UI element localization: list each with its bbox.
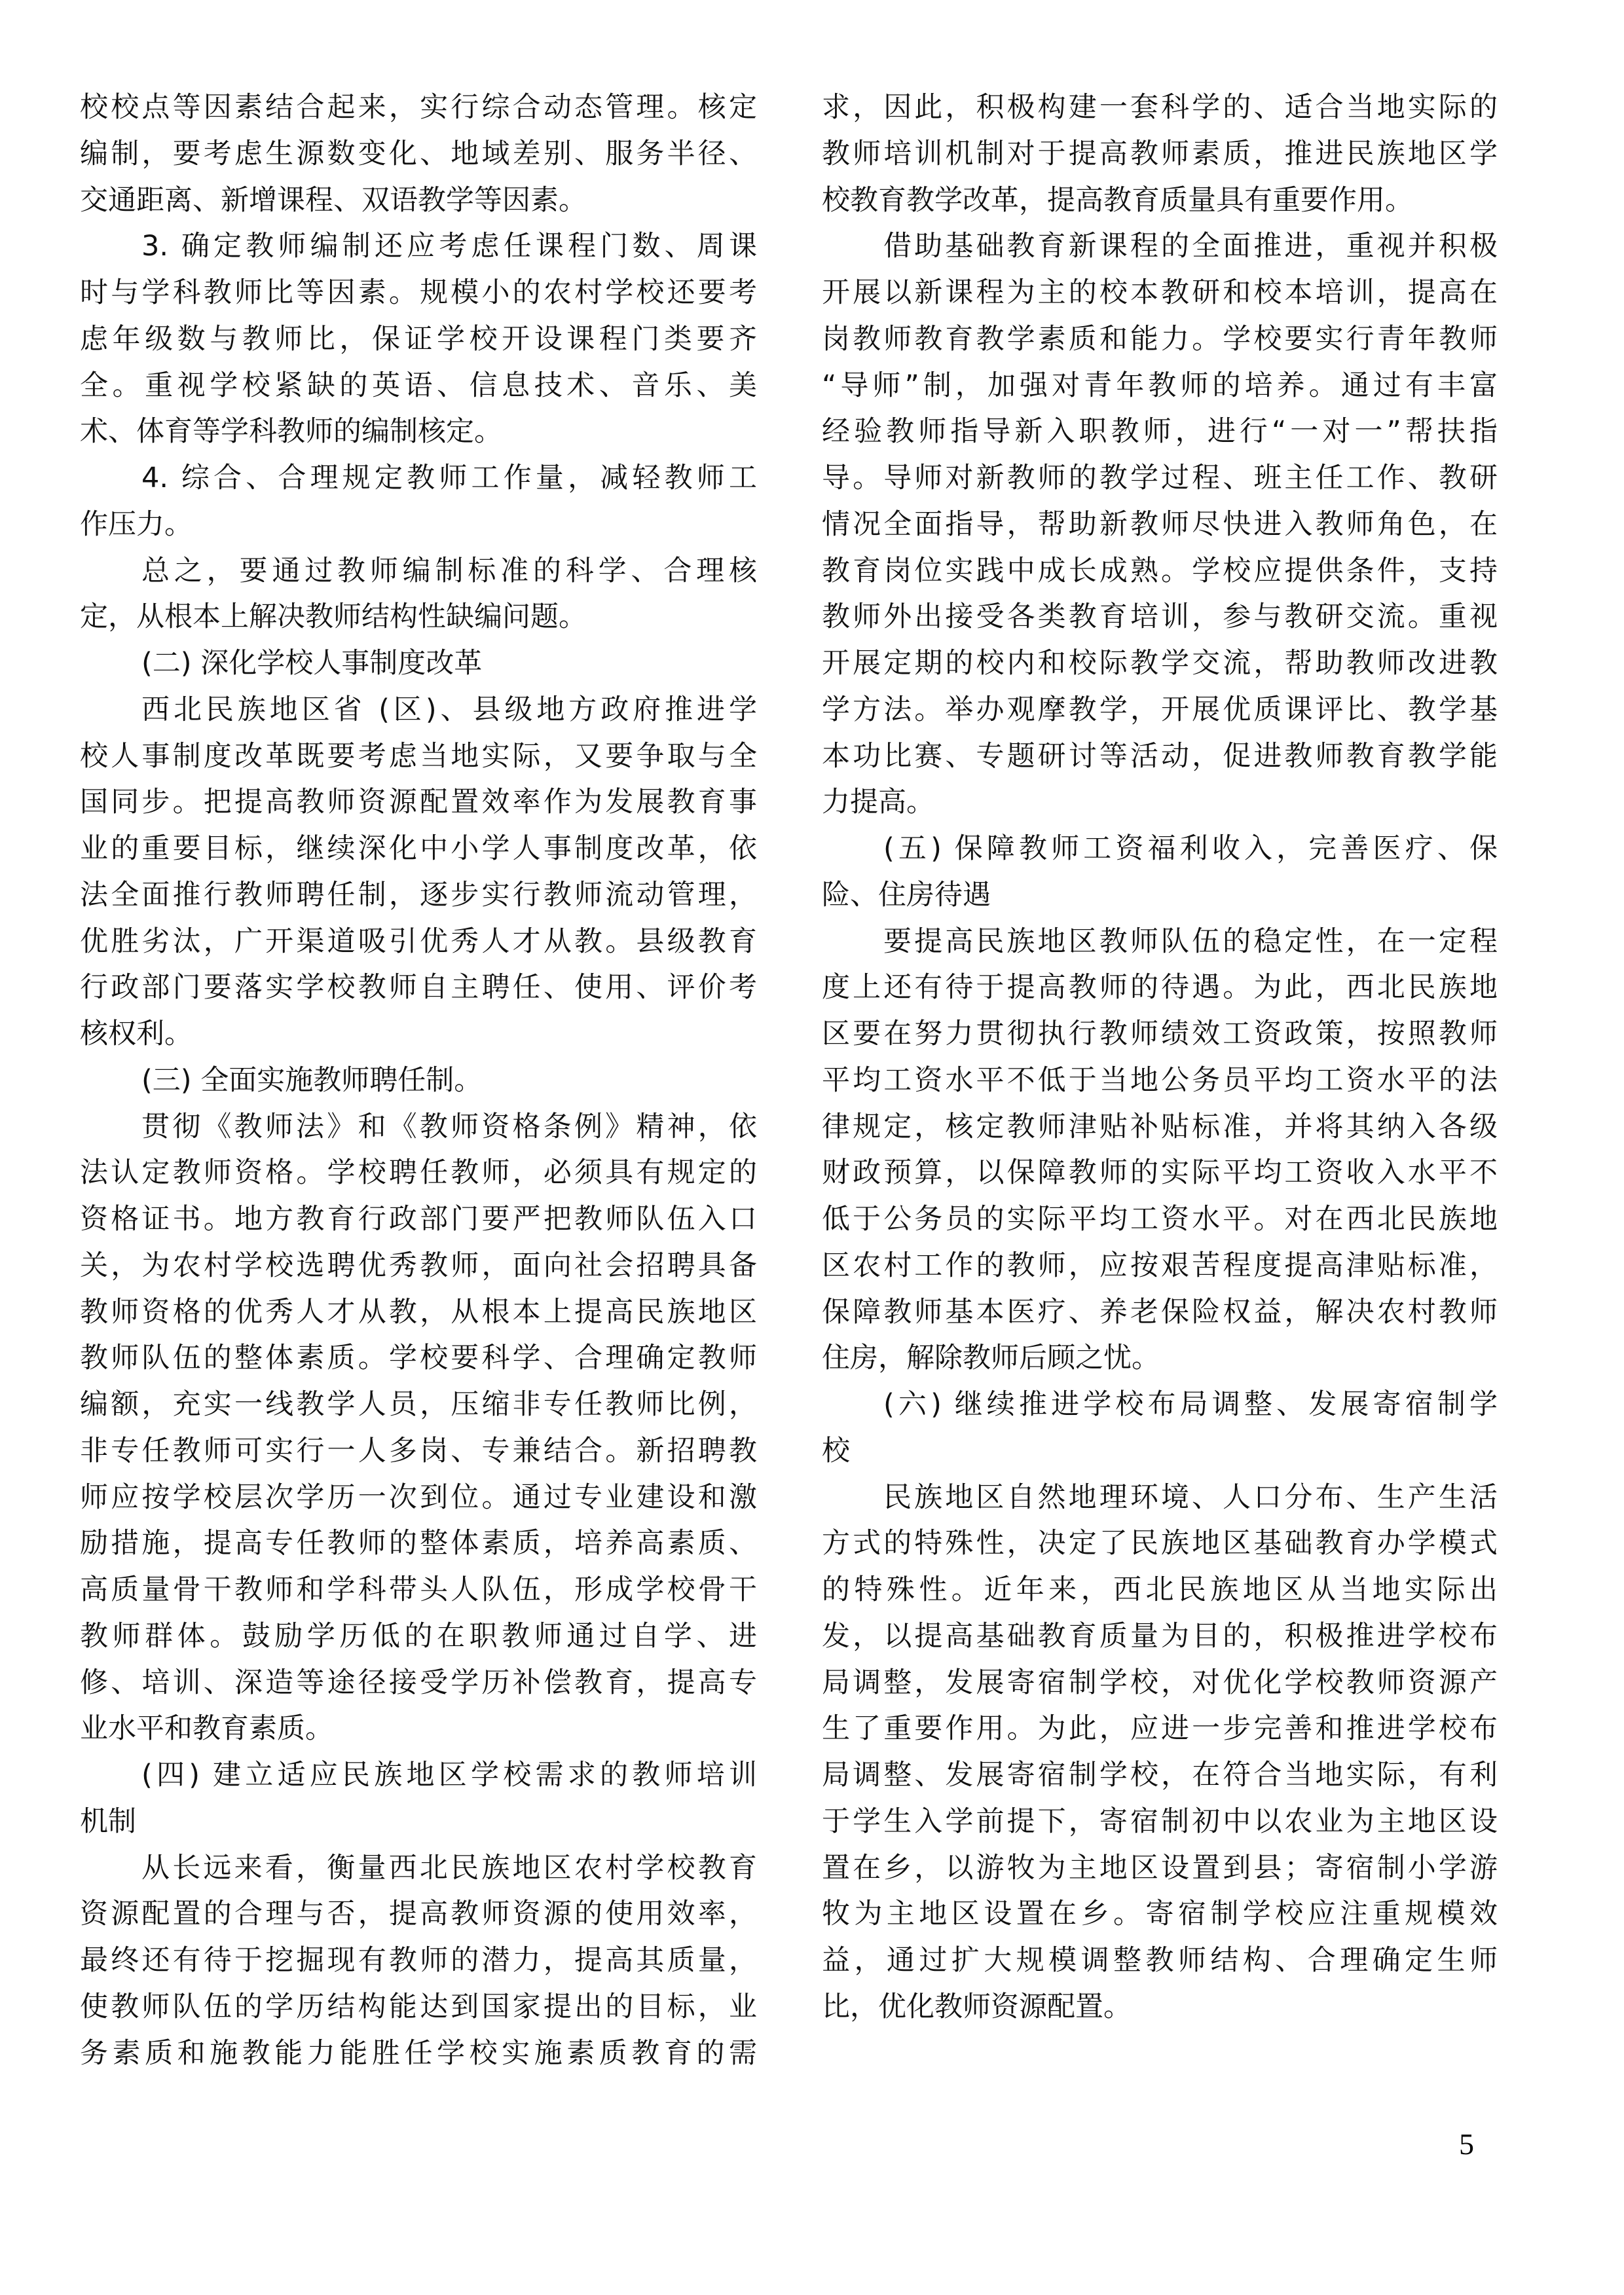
text-line: 益，通过扩大规模调整教师结构、合理确定生师 <box>822 1941 1498 1987</box>
text-line: 借助基础教育新课程的全面推进，重视并积极 <box>822 227 1498 273</box>
text-line: 使教师队伍的学历结构能达到国家提出的目标，业 <box>80 1987 757 2034</box>
text-line: 本功比赛、专题研讨等活动，促进教师教育教学能 <box>822 737 1498 783</box>
text-line-content: 财政预算，以保障教师的实际平均工资收入水平不 <box>822 1153 1498 1192</box>
text-line-content: 使教师队伍的学历结构能达到国家提出的目标，业 <box>80 1987 757 2027</box>
text-line-content: 定，从根本上解决教师结构性缺编问题。 <box>80 597 757 636</box>
text-line: 教师外出接受各类教育培训，参与教研交流。重视 <box>822 597 1498 644</box>
text-line-content: 教师群体。鼓励学历低的在职教师通过自学、进 <box>80 1617 757 1656</box>
text-line-content: 法全面推行教师聘任制，逐步实行教师流动管理， <box>80 875 757 915</box>
text-line-content: (四) 建立适应民族地区学校需求的教师培训 <box>141 1755 757 1795</box>
text-line-content: 律规定，核定教师津贴补贴标准，并将其纳入各级 <box>822 1107 1498 1147</box>
document-page: 校校点等因素结合起来，实行综合动态管理。核定编制，要考虑生源数变化、地域差别、服… <box>0 0 1624 2295</box>
text-line: 时与学科教师比等因素。规模小的农村学校还要考 <box>80 273 757 320</box>
text-line: 定，从根本上解决教师结构性缺编问题。 <box>80 597 757 644</box>
text-line-content: 最终还有待于挖掘现有教师的潜力，提高其质量， <box>80 1941 757 1980</box>
text-line-content: 力提高。 <box>822 782 1498 822</box>
text-line: 交通距离、新增课程、双语教学等因素。 <box>80 181 757 227</box>
text-line-content: 的特殊性。近年来，西北民族地区从当地实际出 <box>822 1570 1498 1609</box>
text-line-content: 求，因此，积极构建一套科学的、适合当地实际的 <box>822 88 1498 127</box>
text-line: 师应按学校层次学历一次到位。通过专业建设和激 <box>80 1478 757 1524</box>
text-line: 局调整、发展寄宿制学校，在符合当地实际，有利 <box>822 1755 1498 1802</box>
text-line-content: 励措施，提高专任教师的整体素质，培养高素质、 <box>80 1524 757 1563</box>
text-line-content: 度上还有待于提高教师的待遇。为此，西北民族地 <box>822 968 1498 1007</box>
text-line: 律规定，核定教师津贴补贴标准，并将其纳入各级 <box>822 1107 1498 1154</box>
text-line: 最终还有待于挖掘现有教师的潜力，提高其质量， <box>80 1941 757 1987</box>
text-line: 经验教师指导新入职教师，进行“一对一”帮扶指 <box>822 412 1498 458</box>
text-line-content: 险、住房待遇 <box>822 875 1498 915</box>
text-line: 民族地区自然地理环境、人口分布、生产生活 <box>822 1478 1498 1524</box>
text-line: 教师队伍的整体素质。学校要科学、合理确定教师 <box>80 1338 757 1385</box>
text-line: 虑年级数与教师比，保证学校开设课程门类要齐 <box>80 320 757 366</box>
text-line: 学方法。举办观摩教学，开展优质课评比、教学基 <box>822 690 1498 737</box>
text-line: 校 <box>822 1431 1498 1478</box>
text-line-content: 优胜劣汰，广开渠道吸引优秀人才从教。县级教育 <box>80 922 757 961</box>
text-line: 教师培训机制对于提高教师素质，推进民族地区学 <box>822 134 1498 181</box>
page-number: 5 <box>1459 2128 1474 2161</box>
text-line-content: 从长远来看，衡量西北民族地区农村学校教育 <box>141 1848 757 1888</box>
text-line: 资格证书。地方教育行政部门要严把教师队伍入口 <box>80 1200 757 1246</box>
text-line: 住房，解除教师后顾之忧。 <box>822 1338 1498 1385</box>
text-line: 总之，要通过教师编制标准的科学、合理核 <box>80 551 757 598</box>
text-line-content: 虑年级数与教师比，保证学校开设课程门类要齐 <box>80 320 757 359</box>
text-line-content: 经验教师指导新入职教师，进行“一对一”帮扶指 <box>822 412 1498 451</box>
text-line-content: 学方法。举办观摩教学，开展优质课评比、教学基 <box>822 690 1498 729</box>
text-line-content: (三) 全面实施教师聘任制。 <box>141 1061 757 1100</box>
text-line-content: 情况全面指导，帮助新教师尽快进入教师角色，在 <box>822 505 1498 544</box>
text-line-content: 校教育教学改革，提高教育质量具有重要作用。 <box>822 181 1498 220</box>
text-line-content: 置在乡，以游牧为主地区设置到县；寄宿制小学游 <box>822 1848 1498 1888</box>
text-line: 开展以新课程为主的校本教研和校本培训，提高在 <box>822 273 1498 320</box>
text-line-content: 编制，要考虑生源数变化、地域差别、服务半径、 <box>80 134 757 174</box>
text-line: 贯彻《教师法》和《教师资格条例》精神，依 <box>80 1107 757 1154</box>
text-line: 岗教师教育教学素质和能力。学校要实行青年教师 <box>822 320 1498 366</box>
text-line: 高质量骨干教师和学科带头人队伍，形成学校骨干 <box>80 1570 757 1617</box>
text-line: 4. 综合、合理规定教师工作量，减轻教师工 <box>80 458 757 505</box>
text-line-content: 业水平和教育素质。 <box>80 1709 757 1748</box>
text-line: 教师资格的优秀人才从教，从根本上提高民族地区 <box>80 1293 757 1339</box>
text-line: (五) 保障教师工资福利收入，完善医疗、保 <box>822 829 1498 875</box>
text-line: 局调整，发展寄宿制学校，对优化学校教师资源产 <box>822 1663 1498 1710</box>
text-line-content: 区要在努力贯彻执行教师绩效工资政策，按照教师 <box>822 1014 1498 1054</box>
text-line: 度上还有待于提高教师的待遇。为此，西北民族地 <box>822 968 1498 1014</box>
text-line: (二) 深化学校人事制度改革 <box>80 644 757 690</box>
text-line: 教师群体。鼓励学历低的在职教师通过自学、进 <box>80 1617 757 1663</box>
text-line-content: 西北民族地区省 (区)、县级地方政府推进学 <box>141 690 757 729</box>
text-line-content: 导。导师对新教师的教学过程、班主任工作、教研 <box>822 458 1498 498</box>
right-column: 求，因此，积极构建一套科学的、适合当地实际的教师培训机制对于提高教师素质，推进民… <box>822 88 1498 2034</box>
text-line-content: 时与学科教师比等因素。规模小的农村学校还要考 <box>80 273 757 312</box>
text-line-content: 务素质和施教能力能胜任学校实施素质教育的需 <box>80 2034 757 2073</box>
text-line: 作压力。 <box>80 505 757 551</box>
text-line-content: 教师队伍的整体素质。学校要科学、合理确定教师 <box>80 1338 757 1378</box>
text-line-content: 开展以新课程为主的校本教研和校本培训，提高在 <box>822 273 1498 312</box>
text-line: 务素质和施教能力能胜任学校实施素质教育的需 <box>80 2034 757 2080</box>
text-line: 励措施，提高专任教师的整体素质，培养高素质、 <box>80 1524 757 1570</box>
text-line-content: 局调整、发展寄宿制学校，在符合当地实际，有利 <box>822 1755 1498 1795</box>
text-line-content: 校 <box>822 1431 1498 1471</box>
text-line: 比，优化教师资源配置。 <box>822 1987 1498 2034</box>
text-line: 险、住房待遇 <box>822 875 1498 922</box>
text-line-content: 校校点等因素结合起来，实行综合动态管理。核定 <box>80 88 757 127</box>
text-line-content: 开展定期的校内和校际教学交流，帮助教师改进教 <box>822 644 1498 683</box>
text-line-content: 作压力。 <box>80 505 757 544</box>
text-line: 力提高。 <box>822 782 1498 829</box>
text-line-content: 国同步。把提高教师资源配置效率作为发展教育事 <box>80 782 757 822</box>
text-line: 法认定教师资格。学校聘任教师，必须具有规定的 <box>80 1153 757 1200</box>
text-line: 西北民族地区省 (区)、县级地方政府推进学 <box>80 690 757 737</box>
text-line: 平均工资水平不低于当地公务员平均工资水平的法 <box>822 1061 1498 1107</box>
text-line: 全。重视学校紧缺的英语、信息技术、音乐、美 <box>80 366 757 413</box>
text-line: 校教育教学改革，提高教育质量具有重要作用。 <box>822 181 1498 227</box>
text-line-content: 方式的特殊性，决定了民族地区基础教育办学模式 <box>822 1524 1498 1563</box>
text-line: 发，以提高基础教育质量为目的，积极推进学校布 <box>822 1617 1498 1663</box>
text-line: 置在乡，以游牧为主地区设置到县；寄宿制小学游 <box>822 1848 1498 1895</box>
text-line: 行政部门要落实学校教师自主聘任、使用、评价考 <box>80 968 757 1014</box>
text-line-content: 要提高民族地区教师队伍的稳定性，在一定程 <box>883 922 1498 961</box>
text-line-content: 教师资格的优秀人才从教，从根本上提高民族地区 <box>80 1293 757 1332</box>
text-line: “导师”制，加强对青年教师的培养。通过有丰富 <box>822 366 1498 413</box>
text-line-content: 资源配置的合理与否，提高教师资源的使用效率， <box>80 1894 757 1934</box>
text-line-content: 资格证书。地方教育行政部门要严把教师队伍入口 <box>80 1200 757 1239</box>
text-line: 低于公务员的实际平均工资水平。对在西北民族地 <box>822 1200 1498 1246</box>
text-line-content: 校人事制度改革既要考虑当地实际，又要争取与全 <box>80 737 757 776</box>
text-line: 情况全面指导，帮助新教师尽快进入教师角色，在 <box>822 505 1498 551</box>
text-line-content: 4. 综合、合理规定教师工作量，减轻教师工 <box>141 458 757 498</box>
text-line-content: 术、体育等学科教师的编制核定。 <box>80 412 757 451</box>
text-line-content: 高质量骨干教师和学科带头人队伍，形成学校骨干 <box>80 1570 757 1609</box>
text-line-content: 教师培训机制对于提高教师素质，推进民族地区学 <box>822 134 1498 174</box>
text-line-content: 住房，解除教师后顾之忧。 <box>822 1338 1498 1378</box>
text-line: 优胜劣汰，广开渠道吸引优秀人才从教。县级教育 <box>80 922 757 968</box>
text-line-content: 借助基础教育新课程的全面推进，重视并积极 <box>883 227 1498 266</box>
text-line: 业的重要目标，继续深化中小学人事制度改革，依 <box>80 829 757 875</box>
text-line: 校校点等因素结合起来，实行综合动态管理。核定 <box>80 88 757 134</box>
text-line-content: 区农村工作的教师，应按艰苦程度提高津贴标准， <box>822 1246 1498 1285</box>
text-line-content: 核权利。 <box>80 1014 757 1054</box>
text-line-content: 全。重视学校紧缺的英语、信息技术、音乐、美 <box>80 366 757 405</box>
text-line-content: 贯彻《教师法》和《教师资格条例》精神，依 <box>141 1107 757 1147</box>
text-line: 方式的特殊性，决定了民族地区基础教育办学模式 <box>822 1524 1498 1570</box>
text-line-content: 低于公务员的实际平均工资水平。对在西北民族地 <box>822 1200 1498 1239</box>
text-line: 于学生入学前提下，寄宿制初中以农业为主地区设 <box>822 1802 1498 1848</box>
text-line-content: 交通距离、新增课程、双语教学等因素。 <box>80 181 757 220</box>
text-line-content: 修、培训、深造等途径接受学历补偿教育，提高专 <box>80 1663 757 1702</box>
text-line-content: (五) 保障教师工资福利收入，完善医疗、保 <box>883 829 1498 868</box>
text-line-content: 师应按学校层次学历一次到位。通过专业建设和激 <box>80 1478 757 1517</box>
text-line-content: 发，以提高基础教育质量为目的，积极推进学校布 <box>822 1617 1498 1656</box>
text-line: 开展定期的校内和校际教学交流，帮助教师改进教 <box>822 644 1498 690</box>
text-line: (六) 继续推进学校布局调整、发展寄宿制学 <box>822 1385 1498 1431</box>
text-line-content: 岗教师教育教学素质和能力。学校要实行青年教师 <box>822 320 1498 359</box>
text-line: 编制，要考虑生源数变化、地域差别、服务半径、 <box>80 134 757 181</box>
text-line: (三) 全面实施教师聘任制。 <box>80 1061 757 1107</box>
text-line: 国同步。把提高教师资源配置效率作为发展教育事 <box>80 782 757 829</box>
text-line: 关，为农村学校选聘优秀教师，面向社会招聘具备 <box>80 1246 757 1293</box>
text-line-content: 平均工资水平不低于当地公务员平均工资水平的法 <box>822 1061 1498 1100</box>
text-line: 业水平和教育素质。 <box>80 1709 757 1755</box>
text-line: 要提高民族地区教师队伍的稳定性，在一定程 <box>822 922 1498 968</box>
text-line-content: 教师外出接受各类教育培训，参与教研交流。重视 <box>822 597 1498 636</box>
text-line-content: 编额，充实一线教学人员，压缩非专任教师比例， <box>80 1385 757 1424</box>
text-line: 3. 确定教师编制还应考虑任课程门数、周课 <box>80 227 757 273</box>
text-line: 保障教师基本医疗、养老保险权益，解决农村教师 <box>822 1293 1498 1339</box>
text-line-content: 总之，要通过教师编制标准的科学、合理核 <box>141 551 757 591</box>
text-line-content: 牧为主地区设置在乡。寄宿制学校应注重规模效 <box>822 1894 1498 1934</box>
text-line: 区要在努力贯彻执行教师绩效工资政策，按照教师 <box>822 1014 1498 1061</box>
left-column: 校校点等因素结合起来，实行综合动态管理。核定编制，要考虑生源数变化、地域差别、服… <box>80 88 757 2080</box>
text-line-content: 关，为农村学校选聘优秀教师，面向社会招聘具备 <box>80 1246 757 1285</box>
text-line-content: 机制 <box>80 1802 757 1841</box>
text-line-content: 法认定教师资格。学校聘任教师，必须具有规定的 <box>80 1153 757 1192</box>
text-line: 牧为主地区设置在乡。寄宿制学校应注重规模效 <box>822 1894 1498 1941</box>
text-line: 求，因此，积极构建一套科学的、适合当地实际的 <box>822 88 1498 134</box>
text-line: 资源配置的合理与否，提高教师资源的使用效率， <box>80 1894 757 1941</box>
text-line-content: 本功比赛、专题研讨等活动，促进教师教育教学能 <box>822 737 1498 776</box>
text-line-content: 教育岗位实践中成长成熟。学校应提供条件，支持 <box>822 551 1498 591</box>
text-line: 生了重要作用。为此，应进一步完善和推进学校布 <box>822 1709 1498 1755</box>
text-line: 非专任教师可实行一人多岗、专兼结合。新招聘教 <box>80 1431 757 1478</box>
text-line: 的特殊性。近年来，西北民族地区从当地实际出 <box>822 1570 1498 1617</box>
text-line-content: 非专任教师可实行一人多岗、专兼结合。新招聘教 <box>80 1431 757 1471</box>
text-line: 区农村工作的教师，应按艰苦程度提高津贴标准， <box>822 1246 1498 1293</box>
text-line: 导。导师对新教师的教学过程、班主任工作、教研 <box>822 458 1498 505</box>
text-line: 从长远来看，衡量西北民族地区农村学校教育 <box>80 1848 757 1895</box>
text-line-content: (二) 深化学校人事制度改革 <box>141 644 757 683</box>
text-line-content: 于学生入学前提下，寄宿制初中以农业为主地区设 <box>822 1802 1498 1841</box>
text-line: 编额，充实一线教学人员，压缩非专任教师比例， <box>80 1385 757 1431</box>
text-line: 修、培训、深造等途径接受学历补偿教育，提高专 <box>80 1663 757 1710</box>
text-line: 核权利。 <box>80 1014 757 1061</box>
text-line-content: 益，通过扩大规模调整教师结构、合理确定生师 <box>822 1941 1498 1980</box>
text-line: 教育岗位实践中成长成熟。学校应提供条件，支持 <box>822 551 1498 598</box>
text-line-content: 民族地区自然地理环境、人口分布、生产生活 <box>883 1478 1498 1517</box>
text-line: (四) 建立适应民族地区学校需求的教师培训 <box>80 1755 757 1802</box>
text-line: 法全面推行教师聘任制，逐步实行教师流动管理， <box>80 875 757 922</box>
text-line: 财政预算，以保障教师的实际平均工资收入水平不 <box>822 1153 1498 1200</box>
text-line-content: 保障教师基本医疗、养老保险权益，解决农村教师 <box>822 1293 1498 1332</box>
text-line-content: 业的重要目标，继续深化中小学人事制度改革，依 <box>80 829 757 868</box>
text-line-content: 比，优化教师资源配置。 <box>822 1987 1498 2027</box>
text-line-content: 局调整，发展寄宿制学校，对优化学校教师资源产 <box>822 1663 1498 1702</box>
text-line-content: (六) 继续推进学校布局调整、发展寄宿制学 <box>883 1385 1498 1424</box>
text-line-content: 生了重要作用。为此，应进一步完善和推进学校布 <box>822 1709 1498 1748</box>
text-line: 术、体育等学科教师的编制核定。 <box>80 412 757 458</box>
text-line-content: 行政部门要落实学校教师自主聘任、使用、评价考 <box>80 968 757 1007</box>
text-line: 校人事制度改革既要考虑当地实际，又要争取与全 <box>80 737 757 783</box>
text-line: 机制 <box>80 1802 757 1848</box>
text-line-content: 3. 确定教师编制还应考虑任课程门数、周课 <box>141 227 757 266</box>
text-line-content: “导师”制，加强对青年教师的培养。通过有丰富 <box>822 366 1498 405</box>
